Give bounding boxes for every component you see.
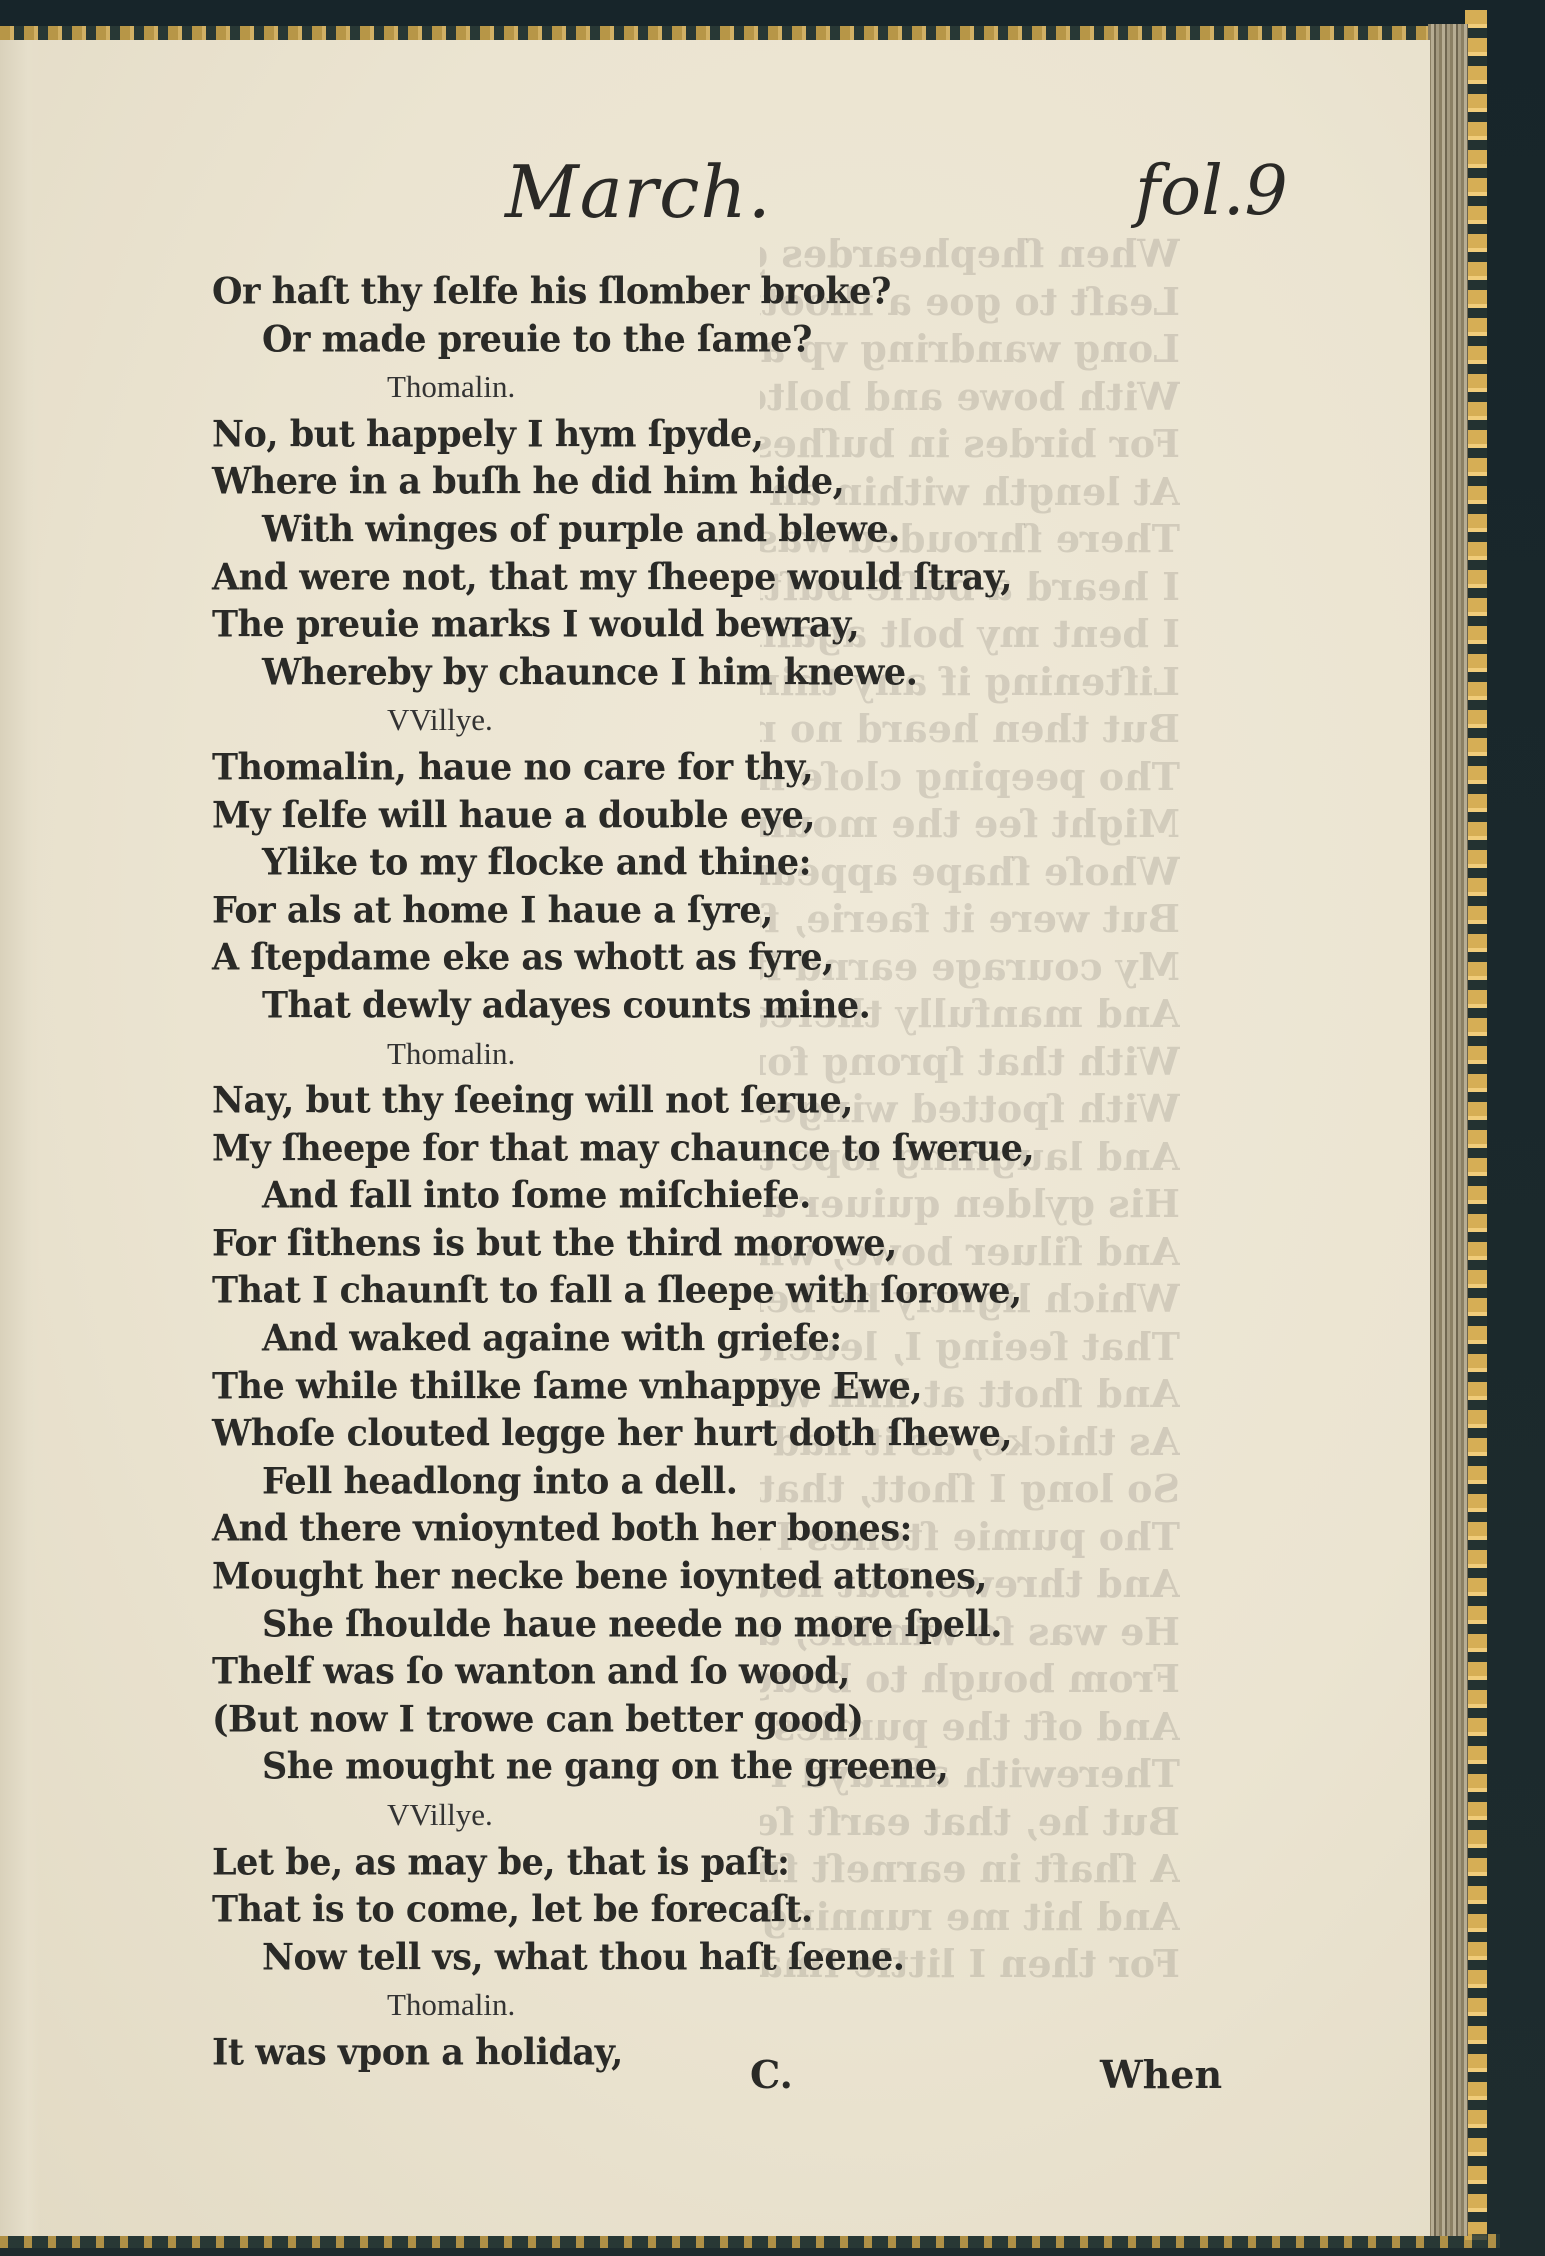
verse-line: She ſhoulde haue neede no more ſpell.	[212, 1599, 1212, 1649]
page-edges	[1428, 24, 1468, 2236]
speaker-label: VVillye.	[212, 696, 1212, 744]
verse-line: That dewly adayes counts mine.	[212, 981, 1212, 1031]
verse-line: For als at home I haue a ſyre,	[212, 886, 1212, 936]
verse-line: Or haſt thy ſelfe his ſlomber broke?	[212, 267, 1212, 317]
verse-line: And there vnioynted both her bones:	[212, 1504, 1212, 1554]
verse-line: Ylike to my flocke and thine:	[212, 838, 1212, 888]
verse-line: And waked againe with griefe:	[212, 1314, 1212, 1364]
page-footer: C. When	[0, 2052, 1430, 2112]
verse-line: Nay, but thy ſeeing will not ſerue,	[212, 1076, 1212, 1126]
verse-line: Fell headlong into a dell.	[212, 1457, 1212, 1507]
speaker-label: VVillye.	[212, 1791, 1212, 1839]
verse-line: Where in a buſh he did him hide,	[212, 457, 1212, 507]
verse-line: That is to come, let be forecaſt.	[212, 1885, 1212, 1935]
verse-line: And fall into ſome miſchiefe.	[212, 1171, 1212, 1221]
gilt-border-right	[1465, 10, 1487, 2246]
verse-line: The preuie marks I would bewray,	[212, 600, 1212, 650]
verse-line: Or made preuie to the ſame?	[212, 314, 1212, 364]
verse-line: And were not, that my ſheepe would ſtray…	[212, 552, 1212, 602]
verse-line: She mought ne gang on the greene,	[212, 1742, 1212, 1792]
speaker-label: Thomalin.	[212, 1981, 1212, 2029]
verse-line: Mought her necke bene ioynted attones,	[212, 1552, 1212, 1602]
signature-mark: C.	[750, 2052, 793, 2097]
speaker-label: Thomalin.	[212, 1030, 1212, 1078]
verse-line: That I chaunſt to fall a ſleepe with ſor…	[212, 1266, 1212, 1316]
verse-line: A ſtepdame eke as whott as fyre,	[212, 933, 1212, 983]
verse-line: For ſithens is but the third morowe,	[212, 1219, 1212, 1269]
verse-line: My ſheepe for that may chaunce to ſwerue…	[212, 1123, 1212, 1173]
verse-line: The while thilke ſame vnhappye Ewe,	[212, 1361, 1212, 1411]
verse-line: Thomalin, haue no care for thy,	[212, 743, 1212, 793]
running-title: March.	[505, 150, 772, 234]
verse-line: My ſelfe will haue a double eye,	[212, 790, 1212, 840]
verse-line: No, but happely I hym ſpyde,	[212, 410, 1212, 460]
catchword: When	[1100, 2052, 1222, 2097]
verse-line: Whereby by chaunce I him knewe.	[212, 648, 1212, 698]
folio-number: fol.9	[1135, 152, 1288, 231]
page-header: March. fol.9	[0, 140, 1430, 230]
verse-line: (But now I trowe can better good)	[212, 1695, 1212, 1745]
verse-line: Let be, as may be, that is paſt:	[212, 1837, 1212, 1887]
verse-line: With winges of purple and blewe.	[212, 505, 1212, 555]
book-page: When ſhepheardes groomes Leaſt to goe a …	[0, 40, 1430, 2236]
verse-line: Whoſe clouted legge her hurt doth ſhewe,	[212, 1409, 1212, 1459]
speaker-label: Thomalin.	[212, 363, 1212, 411]
verse-block: Or haſt thy ſelfe his ſlomber broke?Or m…	[212, 268, 1212, 2077]
gilt-border-bottom	[0, 2234, 1500, 2248]
verse-line: Thelf was ſo wanton and ſo wood,	[212, 1647, 1212, 1697]
verse-line: Now tell vs, what thou haſt ſeene.	[212, 1933, 1212, 1983]
page-gutter	[0, 40, 40, 2236]
